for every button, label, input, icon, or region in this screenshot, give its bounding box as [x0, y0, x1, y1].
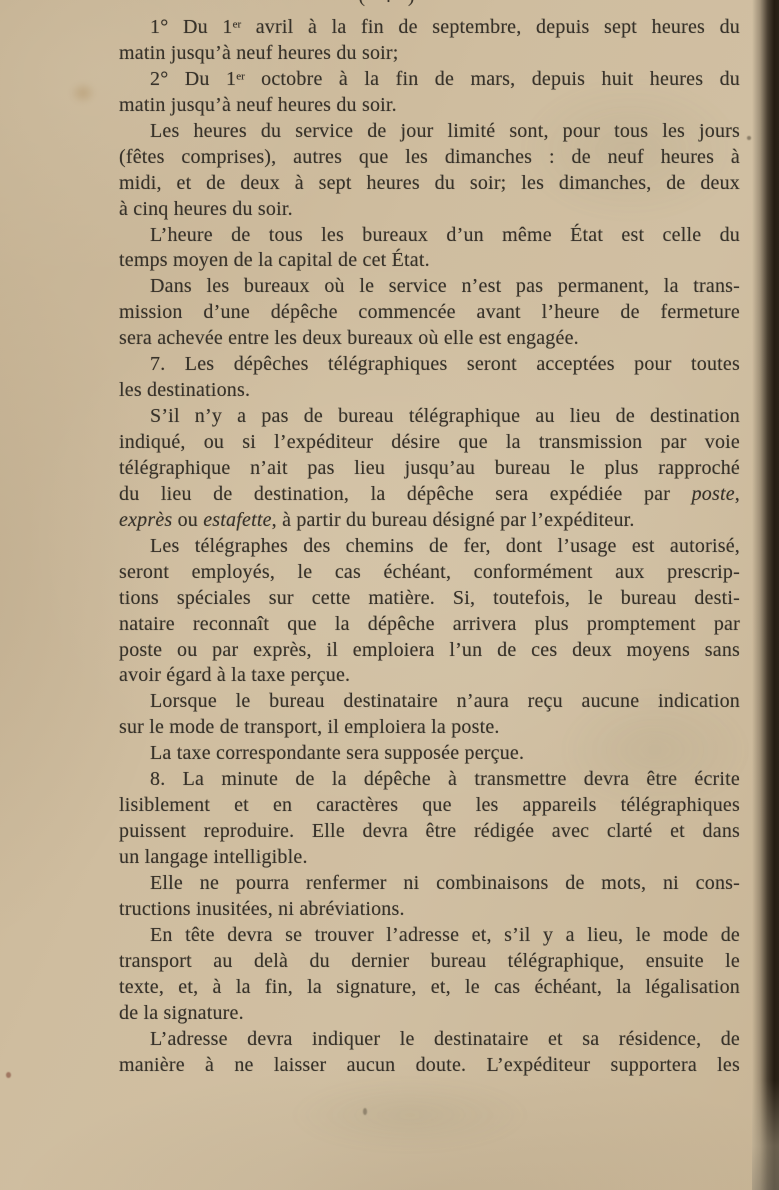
- text-segment: un langage intelligible.: [119, 846, 308, 868]
- text-line: 8. La minute de la dépêche à transmettre…: [119, 767, 740, 793]
- text-line: En tête devra se trouver l’adresse et, s…: [119, 923, 740, 949]
- text-segment: lisiblement et en caractères que les app…: [119, 794, 740, 816]
- text-segment: En tête devra se trouver l’adresse et, s…: [150, 924, 740, 946]
- text-line: L’adresse devra indiquer le destinataire…: [119, 1027, 740, 1053]
- text-line: un langage intelligible.: [119, 845, 740, 871]
- text-line: transport au delà du dernier bureau télé…: [119, 949, 740, 975]
- text-segment: poste ou par exprès, il emploiera l’un d…: [119, 639, 740, 661]
- text-line: seront employés, le cas échéant, conform…: [119, 560, 740, 586]
- text-segment: sera achevée entre les deux bureaux où e…: [119, 327, 579, 349]
- text-line: Dans les bureaux où le service n’est pas…: [119, 274, 740, 300]
- text-block: 1° Du 1er avril à la fin de septembre, d…: [119, 15, 740, 1078]
- text-line: avoir égard à la taxe perçue.: [119, 663, 740, 689]
- text-segment: ,: [735, 483, 740, 505]
- text-segment: les destinations.: [119, 379, 250, 401]
- text-segment: matin jusqu’à neuf heures du soir;: [119, 42, 399, 64]
- text-segment: du lieu de destination, la dépêche sera …: [119, 483, 692, 505]
- text-line: (fêtes comprises), autres que les dimanc…: [119, 145, 740, 171]
- text-line: tructions inusitées, ni abréviations.: [119, 897, 740, 923]
- text-line: 1° Du 1er avril à la fin de septembre, d…: [119, 15, 740, 41]
- text-segment: (fêtes comprises), autres que les dimanc…: [119, 146, 740, 168]
- text-line: manière à ne laisser aucun doute. L’expé…: [119, 1053, 740, 1079]
- text-line: du lieu de destination, la dépêche sera …: [119, 482, 740, 508]
- book-edge-shadow: [752, 0, 779, 1190]
- text-segment: S’il n’y a pas de bureau télégraphique a…: [150, 405, 740, 427]
- text-segment: Les heures du service de jour limité son…: [150, 120, 740, 142]
- text-segment: indiqué, ou si l’expéditeur désire que l…: [119, 431, 740, 453]
- text-line: mission d’une dépêche commencée avant l’…: [119, 300, 740, 326]
- italic-text: poste: [692, 483, 735, 505]
- text-segment: avoir égard à la taxe perçue.: [119, 664, 350, 686]
- paper-stain: [70, 82, 96, 104]
- text-segment: texte, et, à la fin, la signature, et, l…: [119, 976, 740, 998]
- text-line: La taxe correspondante sera supposée per…: [119, 741, 740, 767]
- text-segment: 8. La minute de la dépêche à transmettre…: [150, 768, 740, 790]
- text-segment: matin jusqu’à neuf heures du soir.: [119, 94, 397, 116]
- text-line: Les heures du service de jour limité son…: [119, 119, 740, 145]
- text-segment: avril à la fin de septembre, depuis sept…: [241, 16, 740, 38]
- superscript-text: er: [233, 19, 242, 31]
- book-page: ( 4 ) 1° Du 1er avril à la fin de septem…: [0, 0, 779, 1190]
- text-segment: puissent reproduire. Elle devra être réd…: [119, 820, 740, 842]
- text-line: L’heure de tous les bureaux d’un même Ét…: [119, 223, 740, 249]
- text-segment: télégraphique n’ait pas lieu jusqu’au bu…: [119, 457, 740, 479]
- text-line: lisiblement et en caractères que les app…: [119, 793, 740, 819]
- text-segment: Dans les bureaux où le service n’est pas…: [150, 275, 740, 297]
- text-line: texte, et, à la fin, la signature, et, l…: [119, 975, 740, 1001]
- text-segment: transport au delà du dernier bureau télé…: [119, 950, 740, 972]
- text-line: matin jusqu’à neuf heures du soir;: [119, 41, 740, 67]
- text-line: matin jusqu’à neuf heures du soir.: [119, 93, 740, 119]
- text-segment: seront employés, le cas échéant, conform…: [119, 561, 740, 583]
- text-line: S’il n’y a pas de bureau télégraphique a…: [119, 404, 740, 430]
- text-segment: Elle ne pourra renfermer ni combinaisons…: [150, 872, 740, 894]
- ink-speck: [6, 1072, 11, 1078]
- ink-speck: [747, 136, 751, 140]
- superscript-text: er: [236, 70, 245, 82]
- text-line: indiqué, ou si l’expéditeur désire que l…: [119, 430, 740, 456]
- text-line: les destinations.: [119, 378, 740, 404]
- text-segment: 2° Du 1: [150, 68, 236, 90]
- text-line: sur le mode de transport, il emploiera l…: [119, 715, 740, 741]
- text-line: télégraphique n’ait pas lieu jusqu’au bu…: [119, 456, 740, 482]
- text-segment: midi, et de deux à sept heures du soir; …: [119, 172, 740, 194]
- text-segment: L’heure de tous les bureaux d’un même Ét…: [150, 224, 740, 246]
- text-segment: Les télégraphes des chemins de fer, dont…: [150, 535, 740, 557]
- text-segment: tions spéciales sur cette matière. Si, t…: [119, 587, 740, 609]
- text-line: de la signature.: [119, 1001, 740, 1027]
- text-line: temps moyen de la capital de cet État.: [119, 248, 740, 274]
- text-segment: octobre à la fin de mars, depuis huit he…: [245, 68, 740, 90]
- text-line: Elle ne pourra renfermer ni combinaisons…: [119, 871, 740, 897]
- text-line: 7. Les dépêches télégraphiques seront ac…: [119, 352, 740, 378]
- text-segment: Lorsque le bureau destinataire n’aura re…: [150, 690, 740, 712]
- text-segment: mission d’une dépêche commencée avant l’…: [119, 301, 740, 323]
- show-through-smudge: [290, 1080, 530, 1150]
- text-line: Les télégraphes des chemins de fer, dont…: [119, 534, 740, 560]
- text-line: nataire reconnaît que la dépêche arriver…: [119, 612, 740, 638]
- text-segment: à cinq heures du soir.: [119, 198, 293, 220]
- text-segment: tructions inusitées, ni abréviations.: [119, 898, 405, 920]
- text-segment: de la signature.: [119, 1002, 244, 1024]
- text-segment: 7. Les dépêches télégraphiques seront ac…: [150, 353, 740, 375]
- text-segment: ou: [172, 509, 203, 531]
- text-line: exprès ou estafette, à partir du bureau …: [119, 508, 740, 534]
- text-segment: temps moyen de la capital de cet État.: [119, 249, 430, 271]
- text-segment: sur le mode de transport, il emploiera l…: [119, 716, 500, 738]
- page-number: ( 4 ): [0, 0, 779, 8]
- text-line: midi, et de deux à sept heures du soir; …: [119, 171, 740, 197]
- text-line: à cinq heures du soir.: [119, 197, 740, 223]
- ink-speck: [363, 1108, 367, 1115]
- text-segment: La taxe correspondante sera supposée per…: [150, 742, 524, 764]
- text-line: 2° Du 1er octobre à la fin de mars, depu…: [119, 67, 740, 93]
- text-line: poste ou par exprès, il emploiera l’un d…: [119, 638, 740, 664]
- text-segment: nataire reconnaît que la dépêche arriver…: [119, 613, 740, 635]
- text-line: Lorsque le bureau destinataire n’aura re…: [119, 689, 740, 715]
- text-segment: , à partir du bureau désigné par l’expéd…: [272, 509, 635, 531]
- text-segment: L’adresse devra indiquer le destinataire…: [150, 1028, 740, 1050]
- italic-text: estafette: [203, 509, 271, 531]
- text-line: puissent reproduire. Elle devra être réd…: [119, 819, 740, 845]
- text-line: tions spéciales sur cette matière. Si, t…: [119, 586, 740, 612]
- text-line: sera achevée entre les deux bureaux où e…: [119, 326, 740, 352]
- text-segment: manière à ne laisser aucun doute. L’expé…: [119, 1054, 740, 1076]
- italic-text: exprès: [119, 509, 172, 531]
- text-segment: 1° Du 1: [150, 16, 233, 38]
